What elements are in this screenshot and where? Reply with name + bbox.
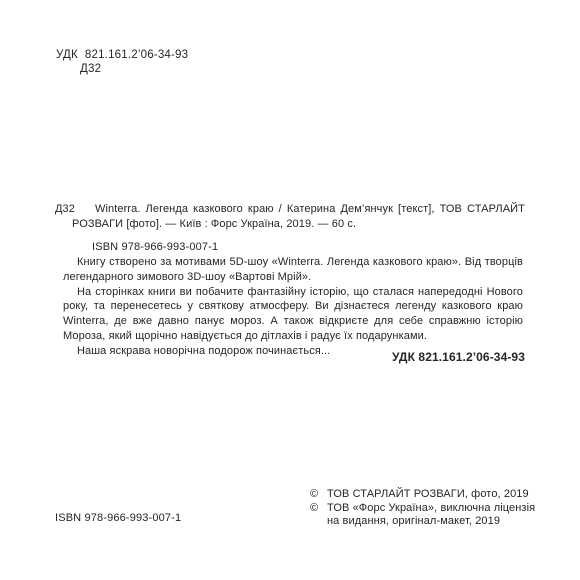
copyright-text-line: ТОВ СТАРЛАЙТ РОЗВАГИ, фото, 2019 [327,488,529,502]
catalog-card: Д32 Winterra. Легенда казкового краю / К… [55,202,525,232]
copyright-item: © ТОВ СТАРЛАЙТ РОЗВАГИ, фото, 2019 [310,488,535,502]
udc-label: УДК [56,49,78,61]
footer-isbn: ISBN 978-966-993-007-1 [55,512,181,524]
copyright-item: © ТОВ «Форс Україна», виключна ліцензія … [310,502,535,529]
copyright-text-line: на видання, оригінал-макет, 2019 [327,515,535,529]
annotation-paragraph-2: На сторінках книги ви побачите фантазійн… [63,285,523,344]
author-sign: Д32 [80,63,188,77]
copyright-text-line: ТОВ «Форс Україна», виключна ліцензія [327,502,535,516]
udc-number: 821.161.2’06-34-93 [85,49,188,61]
catalog-sign: Д32 [55,202,75,217]
copyright-list: © ТОВ СТАРЛАЙТ РОЗВАГИ, фото, 2019 © ТОВ… [310,488,535,529]
copyright-text: ТОВ СТАРЛАЙТ РОЗВАГИ, фото, 2019 [327,488,529,502]
catalog-description: Winterra. Легенда казкового краю / Катер… [72,202,525,232]
annotation-paragraph-1: Книгу створено за мотивами 5D-шоу «Winte… [63,255,523,285]
udc-line: УДК821.161.2’06-34-93 [56,49,188,63]
imprint-page: УДК821.161.2’06-34-93 Д32 Д32 Winterra. … [0,0,580,580]
annotation-block: Книгу створено за мотивами 5D-шоу «Winte… [63,255,523,359]
copyright-text: ТОВ «Форс Україна», виключна ліцензія на… [327,502,535,529]
copyright-symbol: © [310,502,327,529]
isbn-line: ISBN 978-966-993-007-1 [92,241,218,253]
udc-top-block: УДК821.161.2’06-34-93 Д32 [56,49,188,76]
copyright-symbol: © [310,488,327,502]
udc-footer: УДК 821.161.2’06-34-93 [392,350,525,364]
